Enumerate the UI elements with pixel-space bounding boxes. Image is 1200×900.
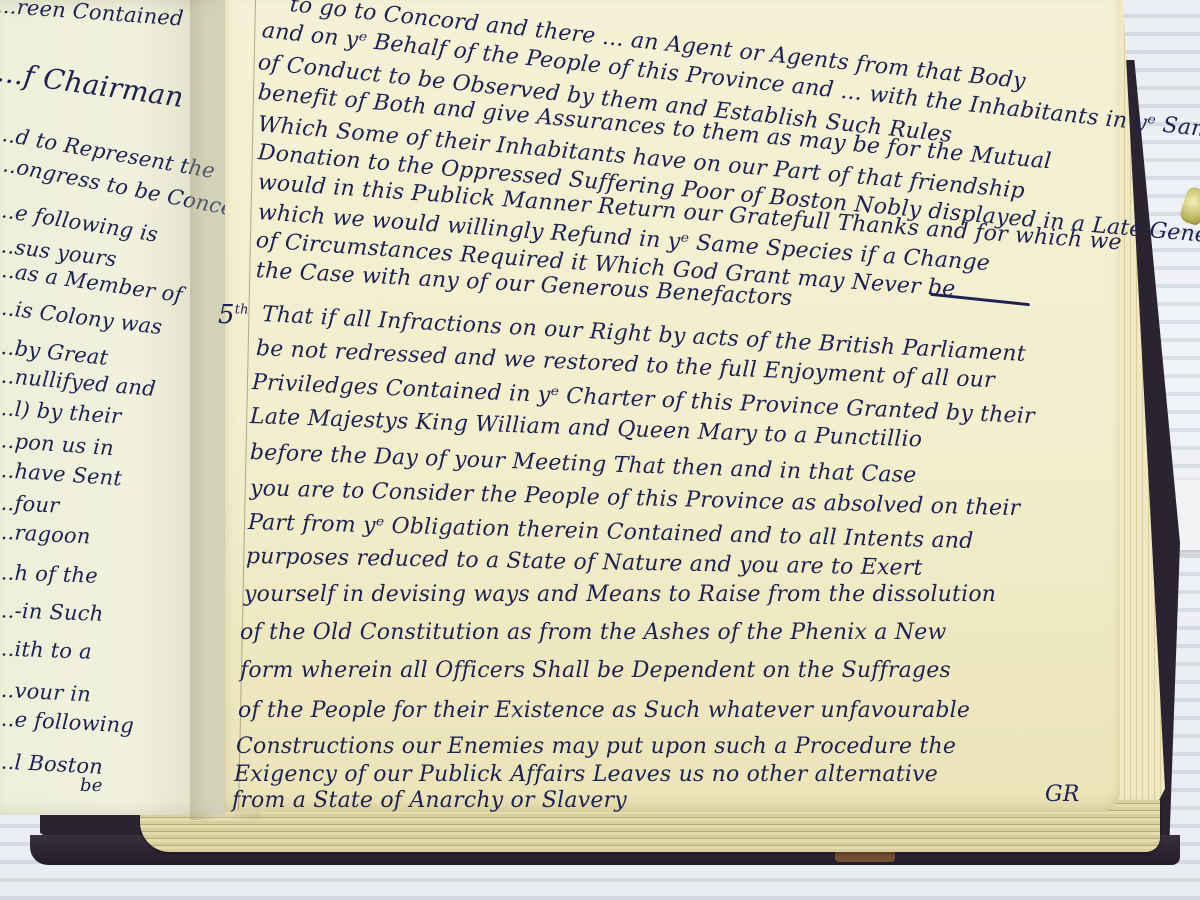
left-line: ...h of the [0, 560, 98, 588]
text-line: of the People for their Existence as Suc… [238, 698, 970, 723]
left-line: ...reen Contained [0, 0, 184, 31]
left-line: ...is Colony was [0, 295, 164, 339]
paragraph-number: 5th [218, 300, 249, 330]
left-line: ...vour in [0, 677, 92, 706]
left-line: ...e following [0, 706, 135, 737]
initials: GR [1045, 782, 1080, 807]
left-line: ...four [0, 490, 60, 517]
text-line: from a State of Anarchy or Slavery [232, 788, 627, 813]
left-line: ...ith to a [0, 636, 92, 663]
left-line: ...pon us in [0, 428, 115, 460]
left-line: ...nullifyed and [0, 363, 157, 401]
left-line: ...f Chairman [0, 55, 186, 114]
left-line: ...-in Such [0, 598, 104, 626]
text-line: of the Old Constitution as from the Ashe… [240, 620, 947, 645]
left-line: ...ragoon [0, 519, 91, 548]
left-line: ...l) by their [0, 396, 122, 429]
left-line: ...have Sent [0, 458, 123, 491]
text-line: Exigency of our Publick Affairs Leaves u… [234, 762, 938, 787]
text-line: form wherein all Officers Shall be Depen… [240, 658, 951, 683]
left-line: be [80, 775, 103, 796]
text-line: yourself in devising ways and Means to R… [244, 582, 996, 607]
text-line: Constructions our Enemies may put upon s… [236, 734, 956, 759]
